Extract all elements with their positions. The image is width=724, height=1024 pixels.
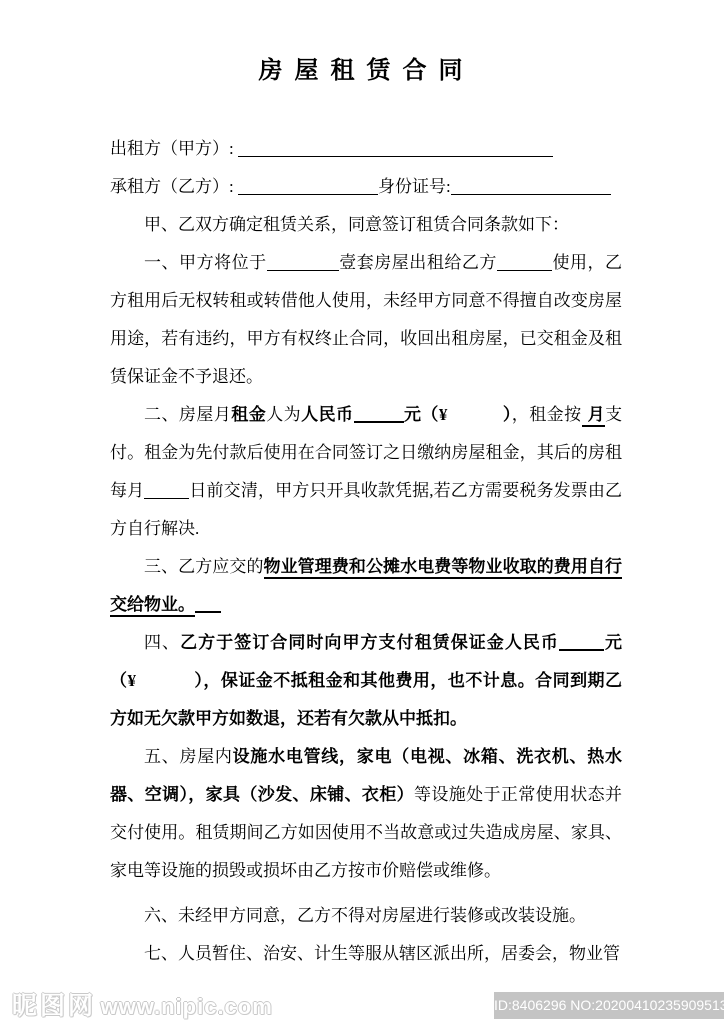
pay-day-blank (144, 484, 189, 499)
clause-1-text: 壹套房屋出租给乙方 (339, 253, 497, 272)
usage-blank (497, 256, 552, 271)
clause-2-text: 人为 (266, 405, 301, 424)
clause-2-text: 二、房屋月 (144, 405, 231, 424)
clause-4: 四、乙方于签订合同时向甲方支付租赁保证金人民币元（¥），保证金不抵租金和其他费用… (110, 624, 622, 738)
clause-6-text: 六、未经甲方同意，乙方不得对房屋进行装修或改装设施。 (144, 906, 586, 925)
clause-1-text: 一、甲方将位于 (144, 253, 267, 272)
clause-1-text: 使用，乙方租用后无权转租或转借他人使用，未经甲方同意不得擅自改变房屋用途，若有违… (110, 253, 622, 386)
lessor-label: 出租方（甲方）: (110, 139, 234, 158)
lessor-name-blank (238, 142, 553, 157)
id-number-blank (451, 180, 611, 195)
nipic-logo: 昵图网 (12, 992, 96, 1020)
clause-2-bold-text: 元（¥ (404, 405, 448, 424)
image-id-text: ID:8406296 NO:20200410235909513000 (494, 997, 724, 1013)
intro-text: 甲、乙双方确定租赁关系，同意签订租赁合同条款如下： (144, 215, 569, 234)
clause-7: 七、人员暂住、治安、计生等服从辖区派出所，居委会，物业管 (110, 935, 622, 973)
document-body: 出租方（甲方）: 承租方（乙方）: 身份证号: 甲、乙双方确定租赁关系，同意签订… (110, 130, 622, 973)
deposit-amount-blank (559, 635, 604, 651)
nipic-url: www.nipic.com (100, 994, 272, 1019)
clause-7-text: 七、人员暂住、治安、计生等服从辖区派出所，居委会，物业管 (144, 944, 620, 963)
image-id-bar: ID:8406296 NO:20200410235909513000 (494, 992, 724, 1019)
contract-document-page: 房 屋 租 赁 合 同 出租方（甲方）: 承租方（乙方）: 身份证号: 甲、乙双… (0, 0, 724, 1024)
location-blank (267, 256, 339, 271)
pay-period-month: 月 (582, 405, 605, 427)
intro-paragraph: 甲、乙双方确定租赁关系，同意签订租赁合同条款如下： (110, 206, 622, 244)
clause-4-text: 四、 (144, 633, 180, 652)
rent-yuan-gap (447, 410, 502, 420)
lessee-name-blank (238, 180, 378, 195)
clause-2-bold-text: 人民币 (301, 405, 353, 424)
deposit-yuan-gap (136, 676, 194, 686)
clause-1: 一、甲方将位于壹套房屋出租给乙方使用，乙方租用后无权转租或转借他人使用，未经甲方… (110, 244, 622, 396)
clause-5: 五、房屋内设施水电管线，家电（电视、冰箱、洗衣机、热水器、空调），家具（沙发、床… (110, 738, 622, 890)
lessee-line: 承租方（乙方）: 身份证号: (110, 168, 622, 206)
clause-4-bold-text: 乙方于签订合同时向甲方支付租赁保证金人民币 (180, 633, 559, 652)
document-title: 房 屋 租 赁 合 同 (0, 50, 724, 85)
clause-2-bold-text: 租金 (231, 405, 266, 424)
id-number-label: 身份证号: (378, 177, 451, 196)
clause-2-text: ，租金按 (512, 405, 582, 424)
clause-3: 三、乙方应交的物业管理费和公摊水电费等物业收取的费用自行交给物业。 (110, 548, 622, 624)
lessee-label: 承租方（乙方）: (110, 177, 234, 196)
lessor-line: 出租方（甲方）: (110, 130, 622, 168)
clause-6: 六、未经甲方同意，乙方不得对房屋进行装修或改装设施。 (110, 897, 622, 935)
clause-3-text: 三、乙方应交的 (144, 557, 264, 576)
clause-2-bold-text: ） (502, 405, 511, 424)
nipic-watermark: 昵图网 www.nipic.com (12, 986, 273, 1022)
clause-2: 二、房屋月租金人为人民币元（¥），租金按月支付。租金为先付款后使用在合同签订之日… (110, 396, 622, 548)
clause-3-underline-tail (195, 597, 221, 613)
rent-amount-blank (354, 407, 404, 423)
clause-5-text: 五、房屋内 (144, 747, 233, 766)
